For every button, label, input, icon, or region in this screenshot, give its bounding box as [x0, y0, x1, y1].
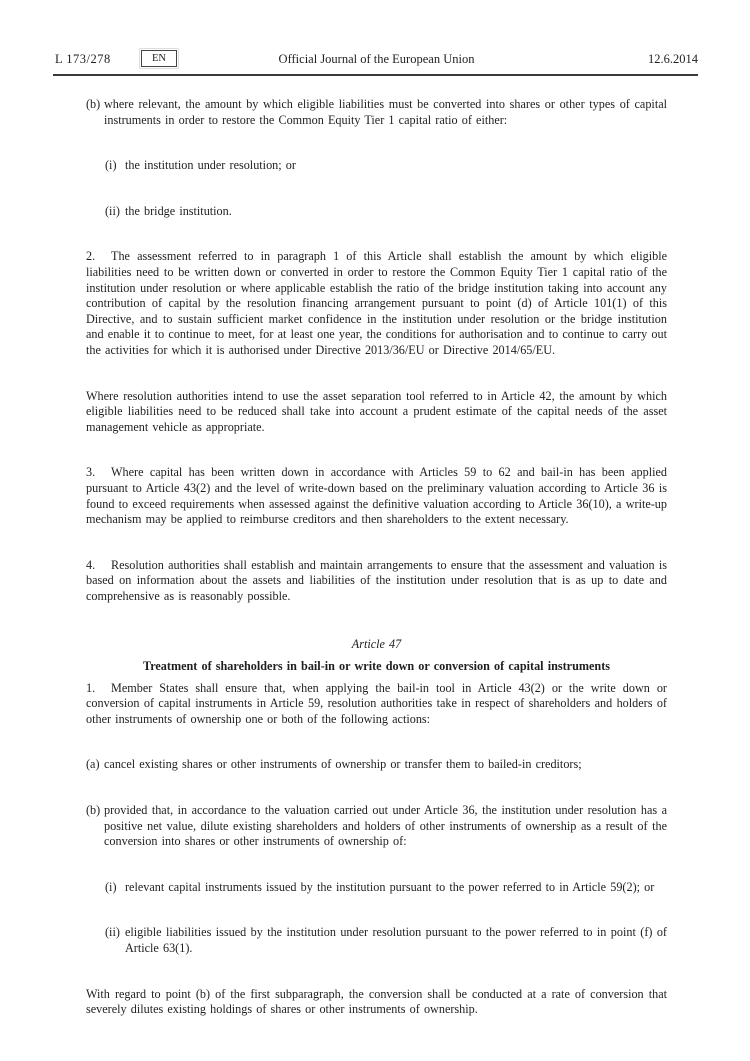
- list-item-label: (b): [86, 803, 104, 850]
- list-item-b: (b) provided that, in accordance to the …: [86, 803, 667, 850]
- list-item-b-intro: (b) where relevant, the amount by which …: [86, 97, 667, 128]
- list-item-text: cancel existing shares or other instrume…: [104, 757, 667, 773]
- paragraph-3: 3.Where capital has been written down in…: [86, 465, 667, 527]
- list-item-ii-bridge: (ii) the bridge institution.: [105, 204, 667, 220]
- paragraph-number: 3.: [86, 465, 111, 481]
- journal-title: Official Journal of the European Union: [55, 52, 698, 67]
- list-item-label: (i): [105, 880, 125, 896]
- list-item-text: relevant capital instruments issued by t…: [125, 880, 667, 896]
- paragraph-number: 4.: [86, 558, 111, 574]
- paragraph-1: 1.Member States shall ensure that, when …: [86, 681, 667, 728]
- list-item-text: the bridge institution.: [125, 204, 667, 220]
- list-item-label: (i): [105, 158, 125, 174]
- paragraph-4: 4.Resolution authorities shall establish…: [86, 558, 667, 605]
- list-item-label: (a): [86, 757, 104, 773]
- list-item-label: (ii): [105, 204, 125, 220]
- paragraph-text: Where capital has been written down in a…: [86, 465, 667, 526]
- list-item-text: provided that, in accordance to the valu…: [104, 803, 667, 850]
- paragraph-number: 2.: [86, 249, 111, 265]
- paragraph-text: The assessment referred to in paragraph …: [86, 249, 667, 357]
- page-header: L 173/278 EN Official Journal of the Eur…: [55, 51, 698, 69]
- paragraph-asset-separation: Where resolution authorities intend to u…: [86, 389, 667, 436]
- article-title: Treatment of shareholders in bail-in or …: [86, 659, 667, 675]
- article-heading: Article 47: [86, 637, 667, 653]
- list-item-text: eligible liabilities issued by the insti…: [125, 925, 667, 956]
- list-item-label: (ii): [105, 925, 125, 956]
- document-page: L 173/278 EN Official Journal of the Eur…: [0, 0, 750, 1061]
- list-item-b-i: (i) relevant capital instruments issued …: [105, 880, 667, 896]
- list-item-label: (b): [86, 97, 104, 128]
- list-item-text: the institution under resolution; or: [125, 158, 667, 174]
- paragraph-text: Member States shall ensure that, when ap…: [86, 681, 667, 726]
- list-item-b-ii: (ii) eligible liabilities issued by the …: [105, 925, 667, 956]
- paragraph-closing: With regard to point (b) of the first su…: [86, 987, 667, 1018]
- paragraph-text: Resolution authorities shall establish a…: [86, 558, 667, 603]
- issue-date: 12.6.2014: [648, 52, 698, 67]
- paragraph-number: 1.: [86, 681, 111, 697]
- paragraph-2: 2.The assessment referred to in paragrap…: [86, 249, 667, 358]
- document-body: (b) where relevant, the amount by which …: [0, 75, 750, 1018]
- list-item-text: where relevant, the amount by which elig…: [104, 97, 667, 128]
- list-item-i-institution: (i) the institution under resolution; or: [105, 158, 667, 174]
- list-item-a: (a) cancel existing shares or other inst…: [86, 757, 667, 773]
